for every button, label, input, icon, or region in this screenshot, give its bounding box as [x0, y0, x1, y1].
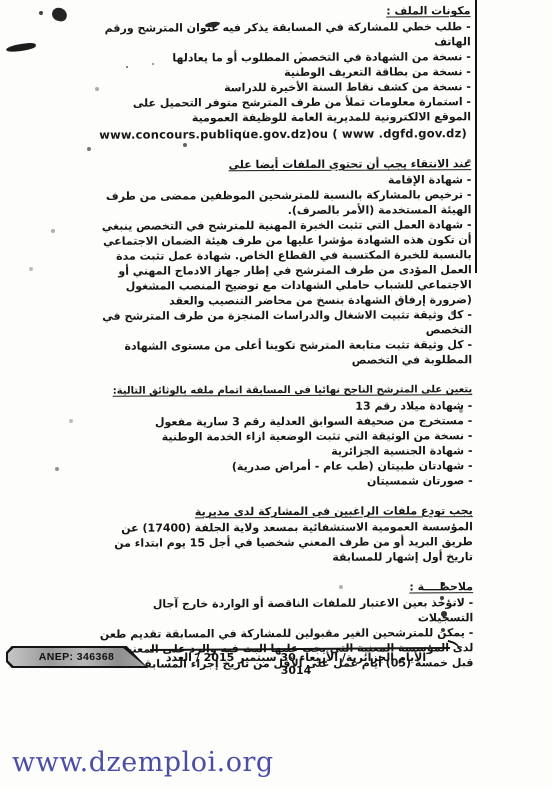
- scanned-newspaper-page: { "doc": { "sections": [ { "heading": "م…: [0, 0, 552, 789]
- scan-background: مكونات الملف : - طلب خطي للمشاركة في الم…: [0, 0, 552, 789]
- section-selection-files: عند الانتقاء يجب أن تحتوي الملفات أيضا ع…: [95, 156, 472, 369]
- anep-ribbon: ANEP: 346368: [6, 646, 148, 668]
- list-item: - لاتؤخذ بعين الاعتبار للملفات الناقصة أ…: [97, 595, 473, 627]
- section-heading: عند الانتقاء يجب أن تحتوي الملفات أيضا ع…: [95, 156, 471, 173]
- anep-number: ANEP: 346368: [39, 651, 114, 663]
- list-item: - صورتان شمسيتان: [97, 473, 473, 490]
- page-edge-line: [475, 0, 477, 273]
- newspaper-date-line: الأيام الجزائرية/ الأربعاء 30 سبتمبر 201…: [150, 651, 442, 677]
- list-item: - نسخة من بطاقة التعريف الوطنية: [95, 64, 471, 81]
- list-item: - شهادة العمل التي تثبت الخبرة المهنية ل…: [95, 217, 471, 309]
- section-heading: يجب تودع ملفات الراغبين في المشاركة لدى …: [97, 503, 473, 520]
- concours-urls-text: www.concours.publique.gov.dz)ou ( www .d…: [95, 126, 471, 143]
- section-file-components: مكونات الملف : - طلب خطي للمشاركة في الم…: [95, 3, 472, 143]
- section-heading: يتعين على المترشح الناجح نهائيا في المسا…: [96, 382, 472, 399]
- section-heading: مكونات الملف :: [95, 3, 471, 20]
- list-item: - شهادة ميلاد رقم 13: [96, 398, 472, 415]
- list-item: - نسخة من كشف نقاط السنة الأخيرة للدراسة: [95, 79, 471, 96]
- scan-smudge: [51, 6, 69, 22]
- list-item: - شهادة الجنسية الجزائرية: [96, 443, 472, 460]
- list-item: - كل وثيقة تثبيت الاشغال والدراسات المنج…: [96, 307, 472, 339]
- list-item: - كل وثيقة تثبت متابعة المترشح تكوينا أع…: [96, 337, 472, 369]
- list-item: - طلب خطي للمشاركة في المسابقة يذكر فيه …: [95, 19, 471, 51]
- dzemploi-watermark: www.dzemploi.org: [12, 747, 274, 778]
- scan-noise: [0, 0, 2, 2]
- list-item: - نسخة من الشهادة في التخصص المطلوب أو م…: [95, 49, 471, 66]
- deposit-body-text: المؤسسة العمومية الاستشفائية بمسعد ولاية…: [97, 519, 473, 566]
- note-heading: ملاحظــــة :: [409, 579, 473, 594]
- list-item: - مستخرج من صحيفة السوابق العدلية رقم 3 …: [96, 413, 472, 430]
- list-item: - ترخيص بالمشاركة بالنسبة للمترشحين المو…: [95, 187, 471, 219]
- list-item: - شهادتان طبيتان (طب عام - أمراض صدرية): [97, 458, 473, 475]
- list-item: - نسخة من الوثيقة التي تثبت الوضعية ازاء…: [96, 428, 472, 445]
- announcement-text-column: مكونات الملف : - طلب خطي للمشاركة في الم…: [95, 3, 474, 672]
- list-item: - استمارة معلومات تملأ من طرف المترشح مت…: [95, 94, 471, 126]
- scan-smudge: [6, 42, 37, 53]
- section-file-deposit: يجب تودع ملفات الراغبين في المشاركة لدى …: [97, 503, 473, 566]
- section-final-winner-documents: يتعين على المترشح الناجح نهائيا في المسا…: [96, 382, 472, 490]
- anep-ribbon-fill: ANEP: 346368: [8, 648, 145, 666]
- list-item: - شهادة الإقامة: [95, 172, 471, 189]
